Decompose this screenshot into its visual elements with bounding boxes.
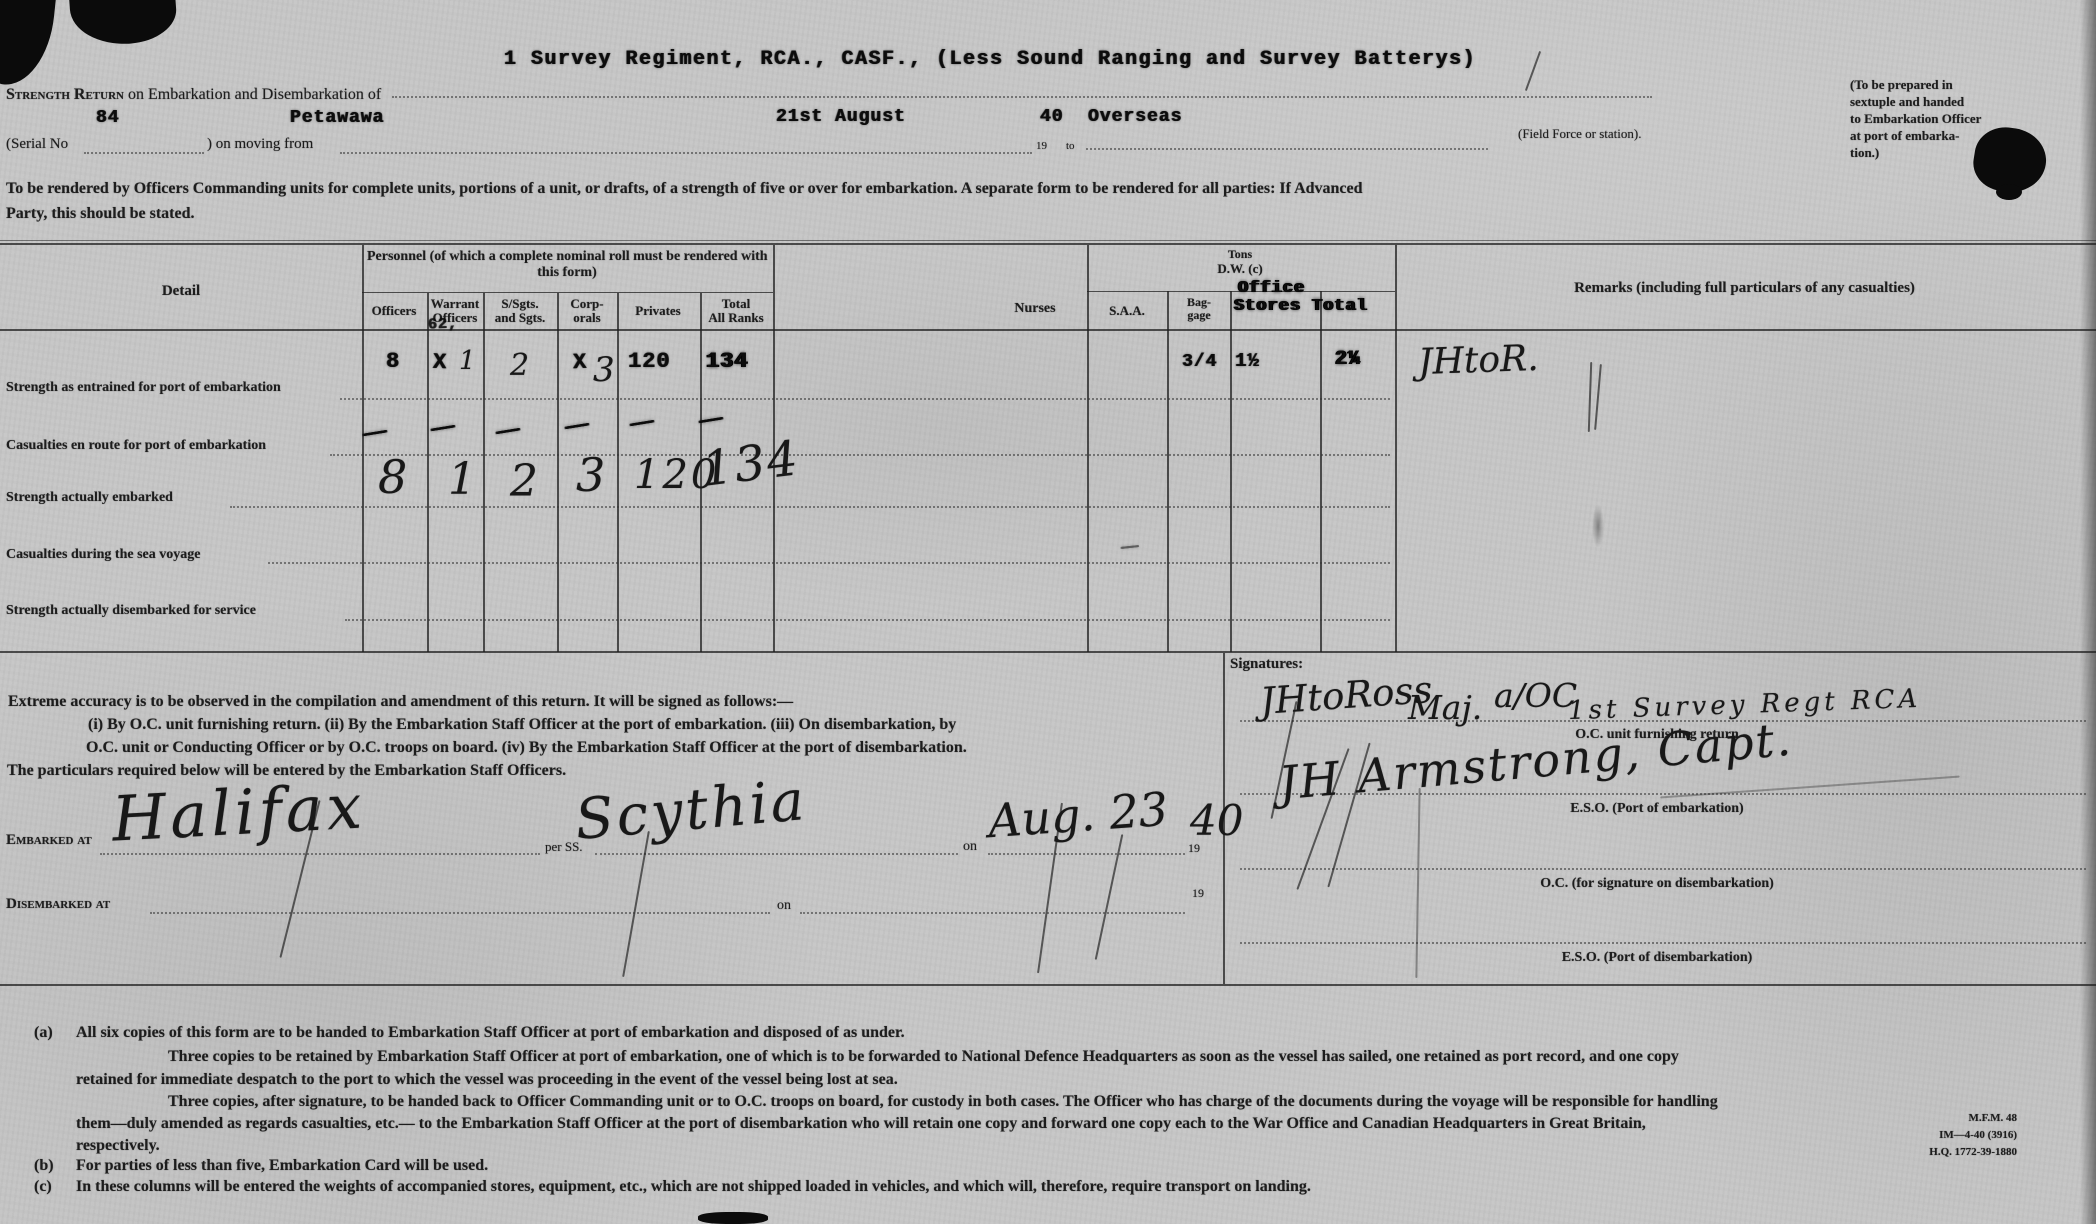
row-label-sea-voyage: Casualties during the sea voyage bbox=[6, 547, 200, 563]
cell-entrained-total-tons: 2¼ bbox=[1335, 348, 1361, 371]
embark-date-value: Aug. 23 bbox=[986, 782, 1169, 848]
footnote-a-tag: (a) bbox=[34, 1024, 53, 1042]
row-leader bbox=[268, 562, 1390, 564]
form-reference-block: M.F.M. 48 IM—4-40 (3916) H.Q. 1772-39-18… bbox=[1872, 1110, 2017, 1161]
disembark-on-label: on bbox=[777, 898, 791, 914]
cell-entrained-corporals: 3 bbox=[593, 350, 615, 390]
unit-title: 1 Survey Regiment, RCA., CASF., (Less So… bbox=[420, 48, 1560, 71]
year-printed-label: 19 bbox=[1036, 140, 1047, 152]
oc-disembark-label: O.C. (for signature on disembarkation) bbox=[1407, 876, 1907, 892]
disembarked-at-label: Disembarked at bbox=[6, 896, 110, 913]
title-underline bbox=[392, 96, 1652, 98]
col-header-total2: All Ranks bbox=[691, 310, 781, 326]
form-ref: IM—4-40 (3916) bbox=[1872, 1127, 2017, 1144]
embark-ship-line bbox=[595, 853, 958, 855]
return-heading: Strength Return on Embarkation and Disem… bbox=[6, 86, 381, 104]
pen-flourish bbox=[1660, 776, 1959, 799]
footnote-a-line1: All six copies of this form are to be ha… bbox=[76, 1024, 905, 1042]
row-label-entrained: Strength as entrained for port of embark… bbox=[6, 380, 281, 396]
moving-from-value: Petawawa bbox=[290, 108, 384, 128]
cell-route-dash: — bbox=[697, 405, 726, 436]
table-vline bbox=[1395, 245, 1397, 652]
ink-blot-top bbox=[68, 0, 179, 48]
render-note-line2: Party, this should be stated. bbox=[6, 205, 194, 223]
row-leader bbox=[340, 398, 1390, 400]
cell-entrained-warrant: 1 bbox=[459, 346, 476, 376]
personnel-group-header: Personnel (of which a complete nominal r… bbox=[367, 249, 767, 265]
disembark-year-printed: 19 bbox=[1192, 886, 1204, 901]
destination-dotted-line bbox=[1086, 148, 1488, 150]
footnote-c-text: In these columns will be entered the wei… bbox=[76, 1178, 1311, 1196]
render-note-line1: To be rendered by Officers Commanding un… bbox=[6, 180, 1363, 198]
return-heading-rest: on Embarkation and Disembarkation of bbox=[128, 86, 381, 103]
to-printed-label: to bbox=[1066, 140, 1075, 152]
signature-line bbox=[1240, 868, 2086, 870]
cell-embarked-officers: 8 bbox=[378, 450, 407, 504]
footnote-a-line6: respectively. bbox=[76, 1137, 160, 1155]
ink-blot-corner bbox=[0, 0, 57, 89]
moving-date-value: 21st August bbox=[776, 107, 906, 127]
table-vline bbox=[1230, 291, 1232, 652]
embark-date-line bbox=[988, 853, 1185, 855]
signature-line bbox=[1240, 942, 2086, 944]
footnote-a-line2: Three copies to be retained by Embarkati… bbox=[168, 1048, 1679, 1066]
table-vline bbox=[483, 293, 485, 652]
pen-stroke bbox=[1588, 362, 1592, 432]
cell-entrained-privates: 120 bbox=[628, 349, 671, 374]
year-value: 40 bbox=[1040, 107, 1064, 127]
ink-blot-right-tail bbox=[1996, 184, 2022, 200]
col-header-privates: Privates bbox=[613, 303, 703, 319]
row-label-disembarked: Strength actually disembarked for servic… bbox=[6, 603, 256, 619]
oc-signature-rank: Maj. bbox=[1408, 688, 1482, 727]
disembark-place-line bbox=[150, 912, 770, 914]
table-top-rule bbox=[0, 240, 2096, 241]
cell-entrained-warrant-strike: X bbox=[433, 350, 448, 375]
cell-route-dash: — bbox=[494, 416, 523, 447]
destination-value: Overseas bbox=[1088, 107, 1182, 127]
row-leader bbox=[230, 506, 1390, 508]
typed-office-stores-header2: Stores bbox=[1234, 297, 1301, 316]
serial-value: 84 bbox=[96, 108, 120, 128]
footnote-a-line4: Three copies, after signature, to be han… bbox=[168, 1093, 1718, 1111]
personnel-group-header2: this form) bbox=[367, 265, 767, 281]
ink-mark-bottom bbox=[698, 1212, 768, 1224]
accuracy-line1: Extreme accuracy is to be observed in th… bbox=[8, 693, 793, 711]
prepare-note-line: to Embarkation Officer bbox=[1850, 110, 2055, 127]
footnote-a-line5: them—duly amended as regards casualties,… bbox=[76, 1115, 1646, 1133]
serial-label-open: (Serial No bbox=[6, 136, 68, 153]
embark-place-line bbox=[100, 853, 540, 855]
scan-edge-shadow bbox=[2080, 0, 2096, 1224]
col-header-nurses: Nurses bbox=[985, 301, 1085, 317]
cell-embarked-total: 134 bbox=[699, 430, 803, 497]
row-label-casualties-route: Casualties en route for port of embarkat… bbox=[6, 438, 266, 454]
table-vline bbox=[1320, 291, 1322, 652]
form-ref: M.F.M. 48 bbox=[1872, 1110, 2017, 1127]
field-force-label: (Field Force or station). bbox=[1518, 126, 1641, 142]
eso-embark-label: E.S.O. (Port of embarkation) bbox=[1407, 801, 1907, 817]
footnote-c-tag: (c) bbox=[34, 1178, 52, 1196]
embarked-at-label: Embarked at bbox=[6, 832, 92, 849]
footnote-b-text: For parties of less than five, Embarkati… bbox=[76, 1157, 488, 1175]
eso-disembark-label: E.S.O. (Port of disembarkation) bbox=[1407, 950, 1907, 966]
cell-entrained-ssgts: 2 bbox=[510, 348, 529, 383]
personnel-group-underline bbox=[362, 292, 773, 293]
prepare-note-line: (To be prepared in bbox=[1850, 76, 2055, 93]
row-leader bbox=[345, 619, 1390, 621]
row-label-embarked: Strength actually embarked bbox=[6, 490, 173, 506]
cell-route-dash: — bbox=[361, 418, 390, 449]
typed-office-stores-header: Office bbox=[1238, 279, 1305, 298]
cell-entrained-total: 134 bbox=[706, 349, 749, 374]
cell-route-dash: — bbox=[429, 413, 458, 444]
oc-signature-role: a/OC bbox=[1494, 676, 1577, 715]
cell-embarked-ssgts: 2 bbox=[510, 456, 538, 507]
embark-on-label: on bbox=[963, 839, 977, 855]
serial-label-close: ) on moving from bbox=[207, 136, 313, 153]
table-vline bbox=[427, 293, 429, 652]
cell-entrained-officers: 8 bbox=[386, 349, 400, 374]
embark-ship-value: Scythia bbox=[573, 768, 810, 853]
disembark-date-line bbox=[800, 912, 1185, 914]
detail-header: Detail bbox=[120, 283, 242, 300]
footnote-b-tag: (b) bbox=[34, 1157, 54, 1175]
signatures-heading: Signatures: bbox=[1230, 656, 1303, 673]
cell-embarked-warrant: 1 bbox=[448, 454, 476, 505]
moving-from-dotted-line bbox=[340, 152, 1032, 154]
accuracy-line3: O.C. unit or Conducting Officer or by O.… bbox=[86, 739, 967, 757]
remarks-initials: JHtoR. bbox=[1417, 338, 1539, 383]
cell-entrained-corporals-strike: X bbox=[573, 350, 588, 375]
header-bottom-rule bbox=[0, 329, 2096, 331]
embark-place-value: Halifax bbox=[110, 769, 367, 855]
tons-group-header: Tons bbox=[1190, 247, 1290, 262]
cell-sea-voyage-dash: — bbox=[1120, 535, 1141, 560]
table-vline bbox=[1167, 291, 1169, 652]
ink-smudge bbox=[1592, 504, 1604, 548]
embark-year-value: 40 bbox=[1190, 796, 1243, 845]
serial-dotted-line bbox=[84, 152, 204, 154]
footer-rule bbox=[0, 984, 2096, 986]
row-leader bbox=[330, 454, 1390, 456]
cell-embarked-corporals: 3 bbox=[576, 448, 605, 502]
prepare-note-line: sextuple and handed bbox=[1850, 93, 2055, 110]
col-header-baggage2: gage bbox=[1168, 308, 1230, 323]
tons-group-header2: D.W. (c) bbox=[1190, 261, 1290, 277]
remarks-header: Remarks (including full particulars of a… bbox=[1462, 280, 2027, 297]
accuracy-line2: (i) By O.C. unit furnishing return. (ii)… bbox=[88, 716, 956, 734]
col-header-saa: S.A.A. bbox=[1087, 303, 1167, 319]
table-vline bbox=[557, 293, 559, 652]
table-bottom-rule bbox=[0, 651, 2096, 653]
pen-stroke bbox=[1594, 364, 1602, 430]
table-vline bbox=[617, 293, 619, 652]
scanned-strength-return-form: 1 Survey Regiment, RCA., CASF., (Less So… bbox=[0, 0, 2096, 1224]
cell-entrained-baggage-tons: 3/4 bbox=[1182, 352, 1217, 372]
cell-entrained-stores-tons: 1½ bbox=[1235, 350, 1260, 372]
cell-route-dash: — bbox=[563, 411, 592, 442]
return-heading-caps: Strength Return bbox=[6, 86, 124, 103]
cell-route-dash: — bbox=[628, 408, 657, 439]
prepare-note-line: at port of embarka- bbox=[1850, 127, 2055, 144]
typed-total-header: Total bbox=[1312, 297, 1368, 316]
table-top-rule-2 bbox=[0, 243, 2096, 245]
warrant-overtype-smudge: 62, bbox=[428, 315, 459, 333]
prepare-note: (To be prepared in sextuple and handed t… bbox=[1850, 76, 2055, 161]
footnote-a-line3: retained for immediate despatch to the p… bbox=[76, 1071, 898, 1089]
form-ref: H.Q. 1772-39-1880 bbox=[1872, 1144, 2017, 1161]
prepare-note-line: tion.) bbox=[1850, 144, 2055, 161]
